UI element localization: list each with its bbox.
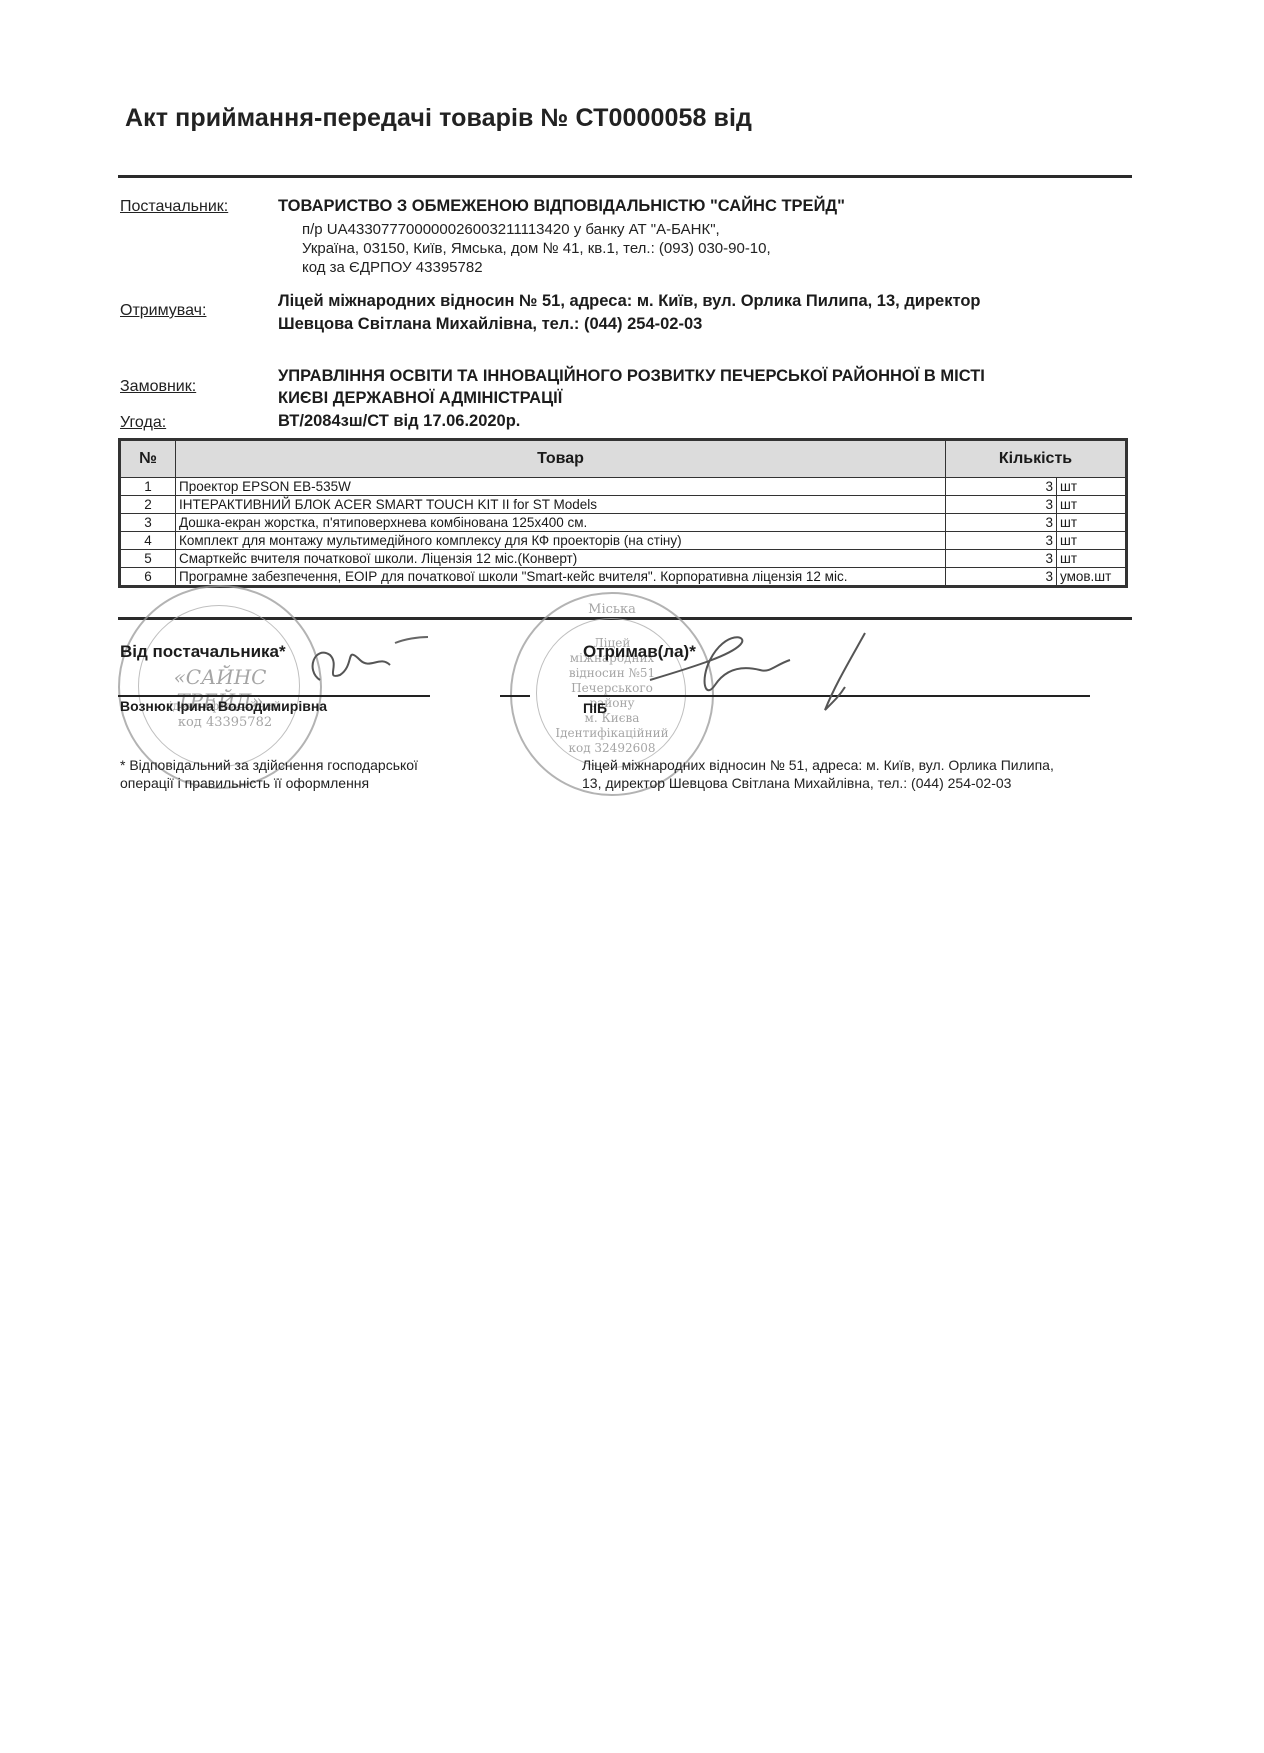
received-details: Ліцей міжнародних відносин № 51, адреса:…	[582, 756, 1054, 792]
recipient-label: Отримувач:	[120, 302, 206, 320]
supplier-signature-line	[118, 695, 430, 697]
row-qty: 3	[946, 550, 1057, 568]
row-num: 4	[120, 532, 176, 550]
row-num: 2	[120, 496, 176, 514]
table-row: 2ІНТЕРАКТИВНИЙ БЛОК ACER SMART TOUCH KIT…	[120, 496, 1127, 514]
row-unit: умов.шт	[1057, 568, 1127, 587]
agreement-value: ВТ/2084зш/СТ від 17.06.2020р.	[278, 412, 520, 431]
supplier-signatory-name: Вознюк Ірина Володимирівна	[120, 698, 327, 714]
row-item: ІНТЕРАКТИВНИЙ БЛОК ACER SMART TOUCH KIT …	[176, 496, 946, 514]
received-line: 13, директор Шевцова Світлана Михайлівна…	[582, 774, 1054, 792]
received-name-label: ПІБ	[583, 700, 607, 716]
footnote-line: * Відповідальний за здійснення господарс…	[120, 756, 418, 774]
stamp-line: Ідентифікаційний	[552, 726, 672, 741]
supplier-address: Україна, 03150, Київ, Ямська, дом № 41, …	[302, 239, 771, 258]
row-num: 6	[120, 568, 176, 587]
row-qty: 3	[946, 568, 1057, 587]
goods-table: № Товар Кількість 1Проектор EPSON EB-535…	[118, 438, 1128, 588]
received-signature-line-left	[500, 695, 530, 697]
table-row: 6Програмне забезпечення, ЕОІР для початк…	[120, 568, 1127, 587]
stamp-code: код 43395782	[160, 715, 290, 730]
supplier-name: ТОВАРИСТВО З ОБМЕЖЕНОЮ ВІДПОВІДАЛЬНІСТЮ …	[278, 197, 845, 216]
row-unit: шт	[1057, 478, 1127, 496]
header-item: Товар	[176, 440, 946, 478]
row-item: Комплект для монтажу мультимедійного ком…	[176, 532, 946, 550]
document-title: Акт приймання-передачі товарів № СТ00000…	[125, 104, 752, 133]
customer-label: Замовник:	[120, 378, 196, 396]
row-num: 3	[120, 514, 176, 532]
recipient-signature	[640, 625, 880, 715]
row-num: 5	[120, 550, 176, 568]
supplier-details: п/р UA433077700000026003211113420 у банк…	[302, 220, 771, 277]
table-row: 1Проектор EPSON EB-535W3шт	[120, 478, 1127, 496]
row-item: Смарткейс вчителя початкової школи. Ліце…	[176, 550, 946, 568]
supplier-account: п/р UA433077700000026003211113420 у банк…	[302, 220, 771, 239]
table-row: 3Дошка-екран жорстка, п'ятиповерхнева ко…	[120, 514, 1127, 532]
stamp-top: Міська	[572, 602, 652, 617]
table-row: 4Комплект для монтажу мультимедійного ко…	[120, 532, 1127, 550]
table-header-row: № Товар Кількість	[120, 440, 1127, 478]
header-num: №	[120, 440, 176, 478]
title-divider	[118, 175, 1132, 178]
agreement-label: Угода:	[120, 414, 166, 432]
supplier-footnote: * Відповідальний за здійснення господарс…	[120, 756, 418, 792]
row-item: Проектор EPSON EB-535W	[176, 478, 946, 496]
row-unit: шт	[1057, 496, 1127, 514]
supplier-signature	[300, 625, 430, 695]
received-line: Ліцей міжнародних відносин № 51, адреса:…	[582, 756, 1054, 774]
row-qty: 3	[946, 532, 1057, 550]
recipient-details: Ліцей міжнародних відносин № 51, адреса:…	[278, 290, 980, 336]
supplier-label: Постачальник:	[120, 198, 228, 216]
recipient-line: Шевцова Світлана Михайлівна, тел.: (044)…	[278, 313, 980, 336]
row-qty: 3	[946, 514, 1057, 532]
from-supplier-heading: Від постачальника*	[120, 642, 286, 662]
row-unit: шт	[1057, 550, 1127, 568]
row-num: 1	[120, 478, 176, 496]
supplier-edrpou: код за ЄДРПОУ 43395782	[302, 258, 771, 277]
customer-line: УПРАВЛІННЯ ОСВІТИ ТА ІННОВАЦІЙНОГО РОЗВИ…	[278, 365, 985, 387]
customer-details: УПРАВЛІННЯ ОСВІТИ ТА ІННОВАЦІЙНОГО РОЗВИ…	[278, 365, 985, 409]
row-qty: 3	[946, 478, 1057, 496]
row-unit: шт	[1057, 514, 1127, 532]
stamp-line: код 32492608	[552, 741, 672, 756]
row-item: Програмне забезпечення, ЕОІР для початко…	[176, 568, 946, 587]
table-row: 5Смарткейс вчителя початкової школи. Ліц…	[120, 550, 1127, 568]
header-qty: Кількість	[946, 440, 1127, 478]
customer-line: КИЄВІ ДЕРЖАВНОЇ АДМІНІСТРАЦІЇ	[278, 387, 985, 409]
recipient-line: Ліцей міжнародних відносин № 51, адреса:…	[278, 290, 980, 313]
row-qty: 3	[946, 496, 1057, 514]
row-item: Дошка-екран жорстка, п'ятиповерхнева ком…	[176, 514, 946, 532]
footnote-line: операції і правильність її оформлення	[120, 774, 418, 792]
row-unit: шт	[1057, 532, 1127, 550]
